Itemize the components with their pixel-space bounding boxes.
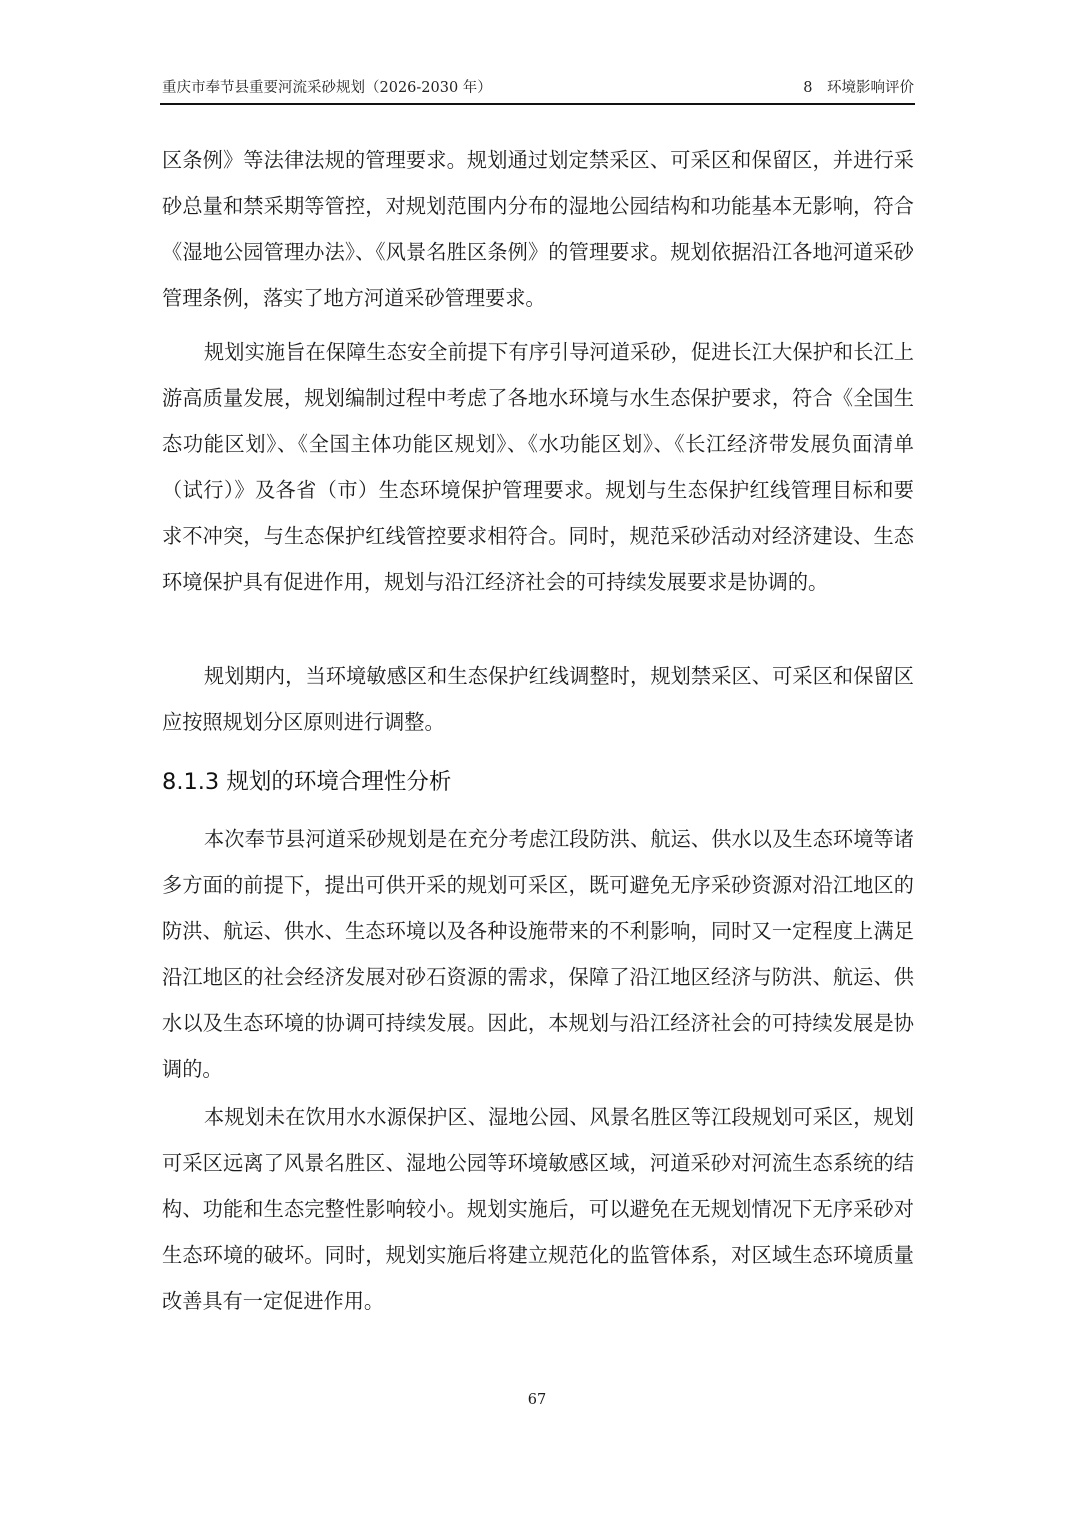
paragraph-continued: 区条例》等法律法规的管理要求。规划通过划定禁采区、可采区和保留区，并进行采砂总量… xyxy=(162,137,914,321)
page-number: 67 xyxy=(0,1392,1074,1408)
document-title: 重庆市奉节县重要河流采砂规划（2026-2030 年） xyxy=(162,76,492,97)
chapter-title: 8 环境影响评价 xyxy=(803,76,914,97)
section-heading: 8.1.3 规划的环境合理性分析 xyxy=(162,764,451,796)
header-divider xyxy=(160,103,915,105)
paragraph: 本规划未在饮用水水源保护区、湿地公园、风景名胜区等江段规划可采区，规划可采区远离… xyxy=(162,1094,914,1324)
paragraph: 规划实施旨在保障生态安全前提下有序引导河道采砂，促进长江大保护和长江上游高质量发… xyxy=(162,329,914,605)
paragraph: 规划期内，当环境敏感区和生态保护红线调整时，规划禁采区、可采区和保留区应按照规划… xyxy=(162,653,914,745)
paragraph: 本次奉节县河道采砂规划是在充分考虑江段防洪、航运、供水以及生态环境等诸多方面的前… xyxy=(162,816,914,1092)
running-header: 重庆市奉节县重要河流采砂规划（2026-2030 年） 8 环境影响评价 xyxy=(162,76,914,98)
